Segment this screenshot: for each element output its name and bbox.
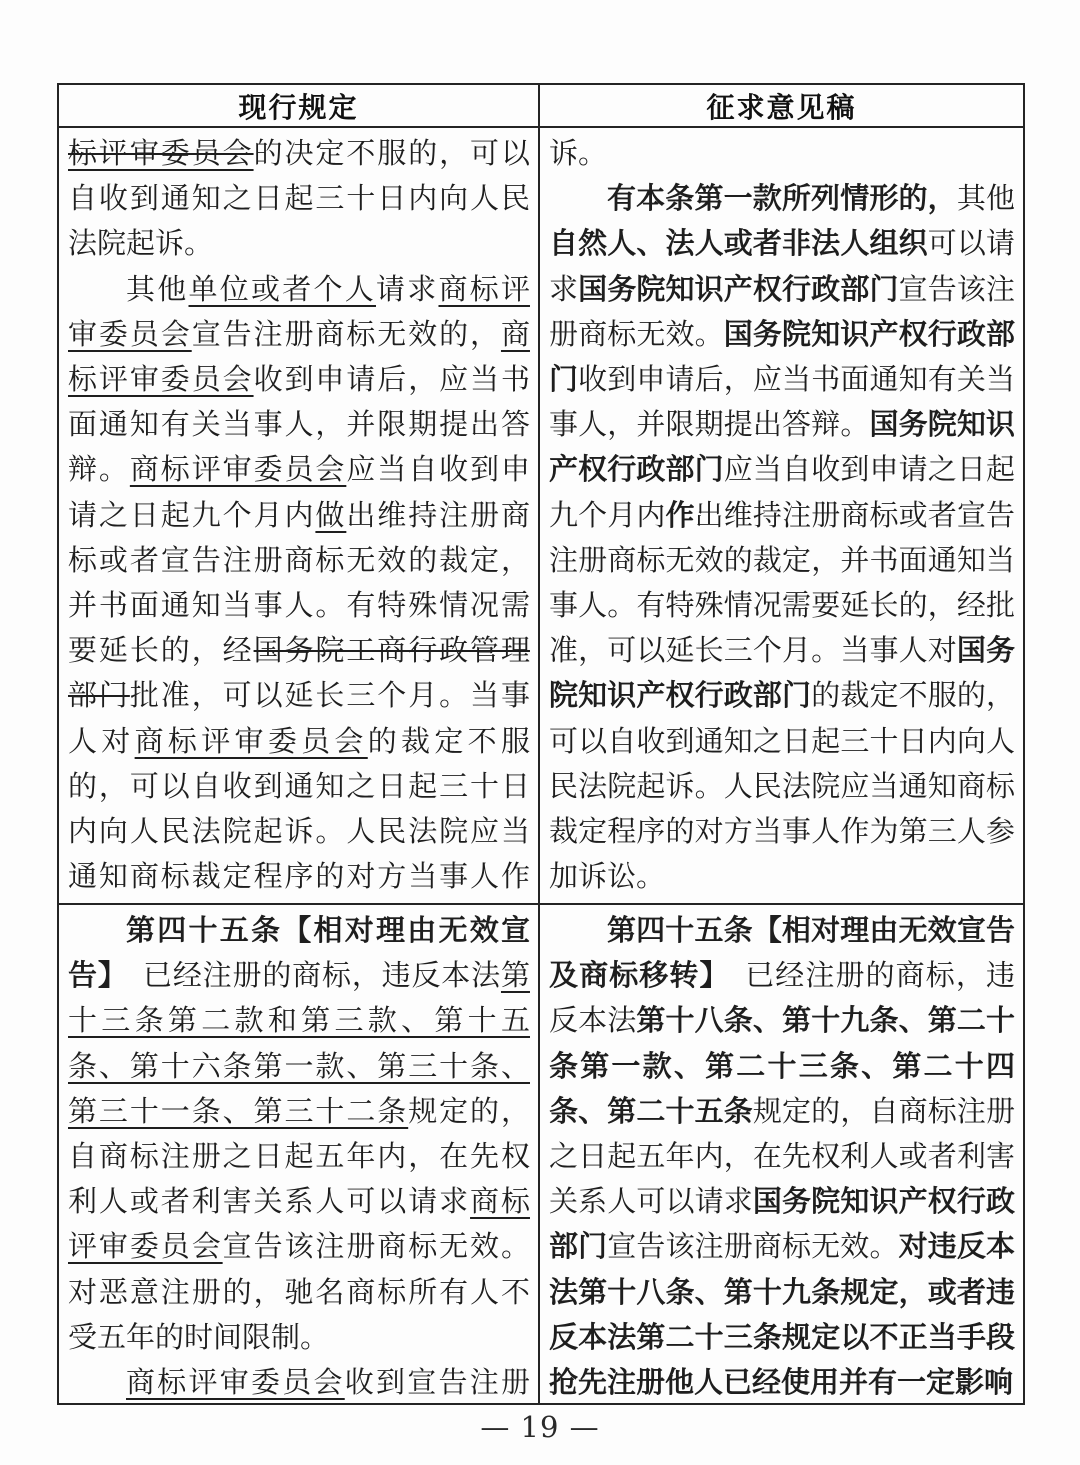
paragraph: 第四十五条【相对理由无效宣告及商标移转】 已经注册的商标，违反本法第十八条、第十… [549,908,1015,1403]
paragraph: 标评审委员会的决定不服的，可以自收到通知之日起三十日内向人民法院起诉。 [68,131,530,267]
page-number: — 19 — [0,1410,1080,1444]
text-segment: 诉。 [549,136,607,170]
text-segment: 请求 [376,272,439,306]
text-segment: 宣告注册商标无效的， [192,317,501,351]
text-segment: 商标评审委员会 [130,452,346,486]
paragraph: 诉。 [549,131,1015,176]
text-segment: 其他 [126,272,189,306]
text-segment: 商标评审委员会 [135,724,368,758]
paragraph: 商标评审委员会收到宣告注册商 [68,1360,530,1403]
text-segment: 做 [315,498,346,532]
text-segment: 标评审委员会 [68,136,254,170]
text-segment: 作 [666,498,695,532]
text-segment: 单位或者个人 [189,272,376,306]
current-provisions-row2-cell: 第四十五条【相对理由无效宣告】 已经注册的商标，违反本法第十三条第二款和第三款、… [59,905,540,1403]
current-provisions-row1-cell: 标评审委员会的决定不服的，可以自收到通知之日起三十日内向人民法院起诉。其他单位或… [59,128,540,905]
draft-row2-cell: 第四十五条【相对理由无效宣告及商标移转】 已经注册的商标，违反本法第十八条、第十… [540,905,1023,1403]
text-segment: 其他 [957,181,1015,215]
column-header-draft-for-comments: 征求意见稿 [540,85,1023,128]
column-header-current-provisions: 现行规定 [59,85,540,128]
paragraph: 第四十五条【相对理由无效宣告】 已经注册的商标，违反本法第十三条第二款和第三款、… [68,908,530,1360]
paragraph: 有本条第一款所列情形的，其他自然人、法人或者非法人组织可以请求国务院知识产权行政… [549,176,1015,899]
comparison-table: 现行规定 征求意见稿 标评审委员会的决定不服的，可以自收到通知之日起三十日内向人… [57,83,1025,1405]
text-segment: 商标评审委员会 [126,1365,345,1399]
draft-row1-cell: 诉。有本条第一款所列情形的，其他自然人、法人或者非法人组织可以请求国务院知识产权… [540,128,1023,905]
paragraph: 其他单位或者个人请求商标评审委员会宣告注册商标无效的，商标评审委员会收到申请后，… [68,267,530,905]
text-segment: 有本条第一款所列情形的， [607,181,957,215]
text-segment: 自然人、法人或者非法人组织 [549,226,928,260]
text-segment: 宣告该注册商标无效。 [607,1229,898,1263]
text-segment: 已经注册的商标，违反本法 [113,958,501,992]
text-segment: 国务院知识产权行政部门 [578,272,898,306]
document-page: 现行规定 征求意见稿 标评审委员会的决定不服的，可以自收到通知之日起三十日内向人… [0,0,1080,1465]
